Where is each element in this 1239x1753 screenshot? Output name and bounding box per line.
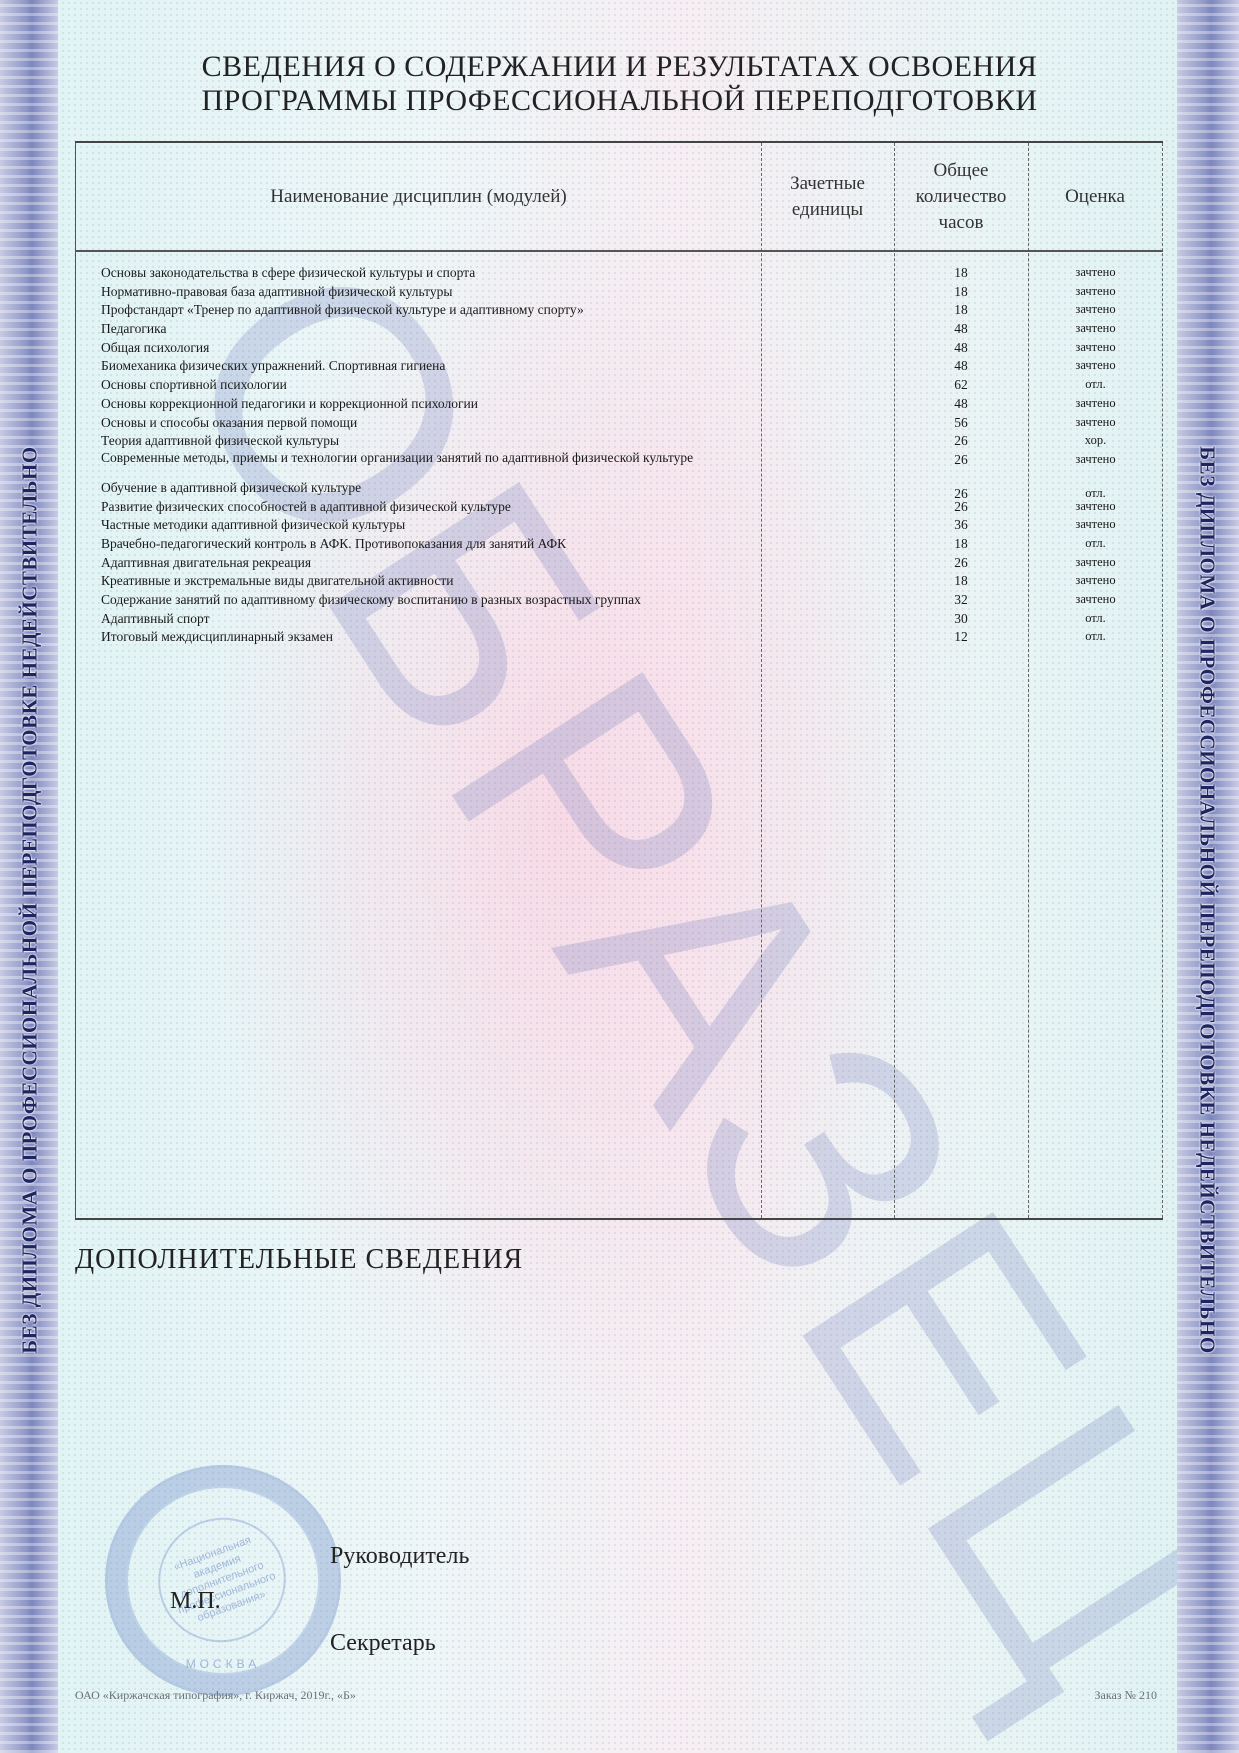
table-row: Развитие физических способностей в адапт… [76,499,1163,518]
table-row: Итоговый междисциплинарный экзамен12отл. [76,629,1163,648]
total-hours: 26 [894,452,1028,467]
title-line-1: СВЕДЕНИЯ О СОДЕРЖАНИИ И РЕЗУЛЬТАТАХ ОСВО… [0,50,1239,84]
additional-info-heading: ДОПОЛНИТЕЛЬНЫЕ СВЕДЕНИЯ [75,1244,523,1276]
grade: зачтено [1028,555,1163,570]
total-hours: 32 [894,592,1028,607]
total-hours: 18 [894,536,1028,551]
table-row: Современные методы, приемы и технологии … [76,452,1163,480]
stamp-city: МОСКВА [108,1657,338,1671]
discipline-name: Профстандарт «Тренер по адаптивной физич… [101,302,751,317]
title-line-2: ПРОГРАММЫ ПРОФЕССИОНАЛЬНОЙ ПЕРЕПОДГОТОВК… [0,84,1239,118]
printer-imprint: ОАО «Киржачская типография», г. Киржач, … [75,1688,356,1703]
table-row: Адаптивный спорт30отл. [76,611,1163,630]
grade: зачтено [1028,340,1163,355]
grade: зачтено [1028,452,1163,467]
discipline-name: Нормативно-правовая база адаптивной физи… [101,284,751,299]
grade: зачтено [1028,499,1163,514]
discipline-name: Развитие физических способностей в адапт… [101,499,751,514]
table-row: Нормативно-правовая база адаптивной физи… [76,284,1163,303]
order-number: Заказ № 210 [1094,1688,1157,1703]
grade: зачтено [1028,396,1163,411]
total-hours: 48 [894,340,1028,355]
page-title: СВЕДЕНИЯ О СОДЕРЖАНИИ И РЕЗУЛЬТАТАХ ОСВО… [0,50,1239,118]
total-hours: 56 [894,415,1028,430]
total-hours: 36 [894,517,1028,532]
header-grade: Оценка [1028,143,1162,250]
official-stamp: «Национальная академия дополнительного п… [105,1465,341,1696]
table-body: Основы законодательства в сфере физическ… [76,265,1163,648]
grade: зачтено [1028,517,1163,532]
secretary-signature-label: Секретарь [330,1630,436,1657]
total-hours: 18 [894,573,1028,588]
total-hours: 48 [894,321,1028,336]
table-row: Адаптивная двигательная рекреация26зачте… [76,555,1163,574]
left-band-text: БЕЗ ДИПЛОМА О ПРОФЕССИОНАЛЬНОЙ ПЕРЕПОДГО… [18,446,43,1353]
grade: отл. [1028,536,1163,551]
discipline-name: Адаптивный спорт [101,611,751,626]
table-row: Содержание занятий по адаптивному физиче… [76,592,1163,611]
header-divider [76,250,1163,252]
table-row: Основы и способы оказания первой помощи5… [76,415,1163,434]
total-hours: 12 [894,629,1028,644]
discipline-name: Итоговый междисциплинарный экзамен [101,629,751,644]
grade: отл. [1028,377,1163,392]
table-row: Профстандарт «Тренер по адаптивной физич… [76,302,1163,321]
discipline-name: Основы коррекционной педагогики и коррек… [101,396,751,411]
discipline-name: Адаптивная двигательная рекреация [101,555,751,570]
grade: зачтено [1028,358,1163,373]
table-row: Педагогика48зачтено [76,321,1163,340]
stamp-center-text: «Национальная академия дополнительного п… [141,1500,304,1660]
discipline-name: Креативные и экстремальные виды двигател… [101,573,751,588]
table-row: Основы спортивной психологии62отл. [76,377,1163,396]
grade: зачтено [1028,321,1163,336]
grade: зачтено [1028,265,1163,280]
discipline-name: Врачебно-педагогический контроль в АФК. … [101,536,751,551]
table-row: Биомеханика физических упражнений. Спорт… [76,358,1163,377]
table-row: Креативные и экстремальные виды двигател… [76,573,1163,592]
right-band-text: БЕЗ ДИПЛОМА О ПРОФЕССИОНАЛЬНОЙ ПЕРЕПОДГО… [1195,446,1220,1353]
discipline-name: Основы спортивной психологии [101,377,751,392]
discipline-name: Общая психология [101,340,751,355]
total-hours: 30 [894,611,1028,626]
table-row: Основы коррекционной педагогики и коррек… [76,396,1163,415]
total-hours: 62 [894,377,1028,392]
head-signature-label: Руководитель [330,1543,469,1570]
discipline-name: Теория адаптивной физической культуры [101,433,751,448]
grade: зачтено [1028,284,1163,299]
grade: отл. [1028,611,1163,626]
total-hours: 48 [894,396,1028,411]
total-hours: 48 [894,358,1028,373]
grade: зачтено [1028,592,1163,607]
total-hours: 18 [894,284,1028,299]
table-row: Частные методики адаптивной физической к… [76,517,1163,536]
grade: зачтено [1028,302,1163,317]
total-hours: 26 [894,555,1028,570]
total-hours: 18 [894,302,1028,317]
discipline-name: Педагогика [101,321,751,336]
right-security-band: БЕЗ ДИПЛОМА О ПРОФЕССИОНАЛЬНОЙ ПЕРЕПОДГО… [1177,0,1239,1753]
grade: хор. [1028,433,1163,448]
left-security-band: БЕЗ ДИПЛОМА О ПРОФЕССИОНАЛЬНОЙ ПЕРЕПОДГО… [0,0,58,1753]
disciplines-table: Наименование дисциплин (модулей) Зачетны… [75,141,1163,1220]
stamp-place-label: М.П. [170,1588,221,1615]
header-discipline-name: Наименование дисциплин (модулей) [76,143,761,250]
total-hours: 18 [894,265,1028,280]
discipline-name: Биомеханика физических упражнений. Спорт… [101,358,751,373]
discipline-name: Современные методы, приемы и технологии … [101,452,751,464]
discipline-name: Обучение в адаптивной физической культур… [101,480,751,495]
table-row: Врачебно-педагогический контроль в АФК. … [76,536,1163,555]
total-hours: 26 [894,499,1028,514]
grade: зачтено [1028,573,1163,588]
header-total-hours: Общее количество часов [894,143,1028,250]
table-row: Обучение в адаптивной физической культур… [76,480,1163,499]
total-hours: 26 [894,433,1028,448]
discipline-name: Основы законодательства в сфере физическ… [101,265,751,280]
grade: отл. [1028,629,1163,644]
discipline-name: Частные методики адаптивной физической к… [101,517,751,532]
table-row: Общая психология48зачтено [76,340,1163,359]
discipline-name: Основы и способы оказания первой помощи [101,415,751,430]
header-credits: Зачетные единицы [761,143,894,250]
table-row: Основы законодательства в сфере физическ… [76,265,1163,284]
grade: зачтено [1028,415,1163,430]
discipline-name: Содержание занятий по адаптивному физиче… [101,592,751,607]
